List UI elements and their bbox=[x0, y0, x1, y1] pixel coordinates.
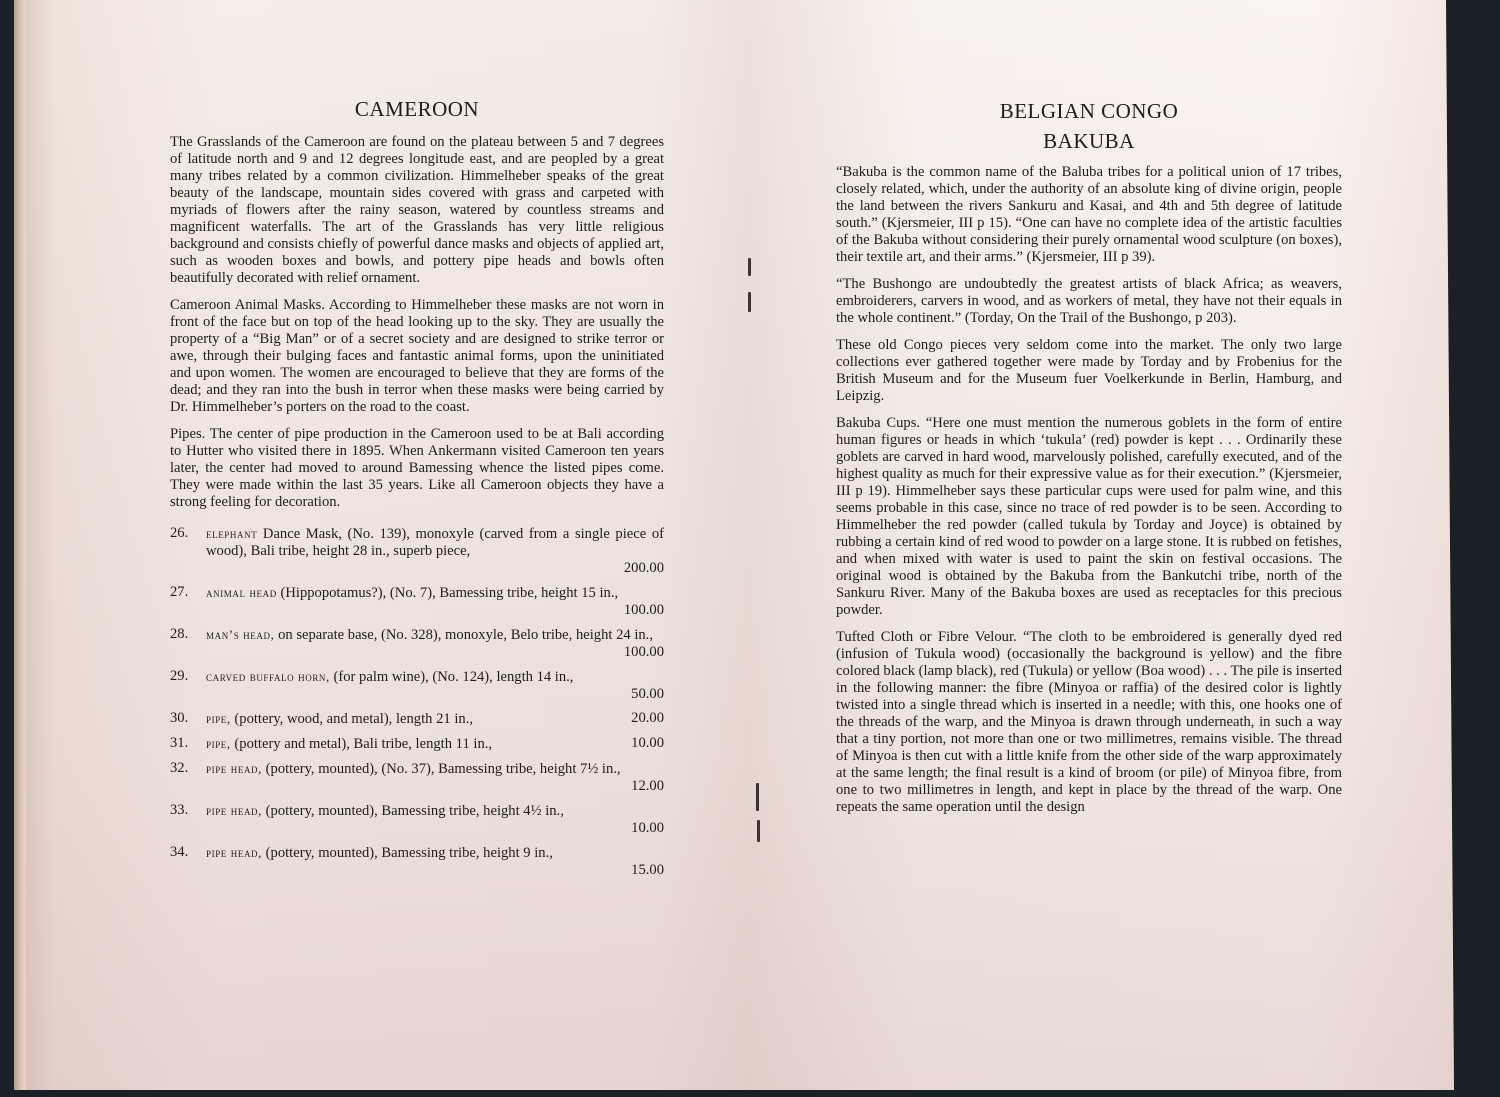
catalog-item-31: 31. PIPE, (pottery and metal), Bali trib… bbox=[170, 735, 664, 753]
item-price: 10.00 bbox=[631, 735, 664, 753]
item-number: 33. bbox=[170, 802, 206, 837]
item-name: PIPE HEAD, bbox=[206, 761, 262, 776]
item-number: 29. bbox=[170, 668, 206, 703]
item-description: (pottery, mounted), (No. 37), Bamessing … bbox=[262, 761, 621, 777]
catalog-item-26: 26. ELEPHANT Dance Mask, (No. 139), mono… bbox=[170, 525, 664, 577]
item-number: 34. bbox=[170, 844, 206, 879]
item-name: CARVED BUFFALO HORN, bbox=[206, 669, 330, 684]
catalog-item-28: 28. MAN’S HEAD, on separate base, (No. 3… bbox=[170, 626, 664, 661]
item-name: MAN’S HEAD, bbox=[206, 627, 274, 642]
item-description: (pottery, mounted), Bamessing tribe, hei… bbox=[262, 845, 553, 861]
section-title-bakuba: BAKUBA bbox=[836, 128, 1342, 154]
catalog-list: 26. ELEPHANT Dance Mask, (No. 139), mono… bbox=[170, 525, 664, 879]
paragraph-pipes: Pipes. The center of pipe production in … bbox=[170, 426, 664, 511]
catalog-item-30: 30. PIPE, (pottery, wood, and metal), le… bbox=[170, 710, 664, 728]
item-description: (pottery, mounted), Bamessing tribe, hei… bbox=[262, 803, 564, 819]
paragraph-animal-masks: Cameroon Animal Masks. According to Himm… bbox=[170, 297, 664, 416]
item-description: Dance Mask, (No. 139), monoxyle (carved … bbox=[206, 526, 664, 559]
left-page: CAMEROON The Grasslands of the Cameroon … bbox=[170, 96, 664, 886]
item-price: 10.00 bbox=[206, 820, 664, 837]
item-name: PIPE, bbox=[206, 711, 231, 726]
item-price: 200.00 bbox=[206, 560, 664, 577]
staple-top-lower bbox=[748, 292, 751, 312]
right-page: BELGIAN CONGO BAKUBA “Bakuba is the comm… bbox=[836, 98, 1342, 826]
page-title-cameroon: CAMEROON bbox=[170, 96, 664, 122]
paragraph-bakuba-intro: “Bakuba is the common name of the Baluba… bbox=[836, 164, 1342, 266]
page-edges bbox=[14, 0, 26, 1090]
item-description: (Hippopotamus?), (No. 7), Bamessing trib… bbox=[277, 585, 618, 601]
item-name: PIPE HEAD, bbox=[206, 803, 262, 818]
catalog-item-27: 27. ANIMAL HEAD (Hippopotamus?), (No. 7)… bbox=[170, 584, 664, 619]
item-description: (for palm wine), (No. 124), length 14 in… bbox=[330, 669, 574, 685]
item-price: 100.00 bbox=[206, 602, 664, 619]
catalog-item-29: 29. CARVED BUFFALO HORN, (for palm wine)… bbox=[170, 668, 664, 703]
item-number: 26. bbox=[170, 525, 206, 577]
item-number: 27. bbox=[170, 584, 206, 619]
staple-top bbox=[748, 258, 751, 276]
staple-bottom-lower bbox=[757, 820, 760, 842]
item-description: (pottery and metal), Bali tribe, length … bbox=[231, 736, 492, 752]
item-price: 12.00 bbox=[206, 778, 664, 795]
item-name: PIPE HEAD, bbox=[206, 845, 262, 860]
catalog-item-32: 32. PIPE HEAD, (pottery, mounted), (No. … bbox=[170, 760, 664, 795]
item-name: PIPE, bbox=[206, 736, 231, 751]
paragraph-congo-pieces: These old Congo pieces very seldom come … bbox=[836, 337, 1342, 405]
page-title-belgian-congo: BELGIAN CONGO bbox=[836, 98, 1342, 124]
item-price: 50.00 bbox=[206, 686, 664, 703]
paragraph-grasslands: The Grasslands of the Cameroon are found… bbox=[170, 134, 664, 287]
paragraph-bushongo: “The Bushongo are undoubtedly the greate… bbox=[836, 276, 1342, 327]
staple-bottom bbox=[756, 783, 759, 811]
item-name: ANIMAL HEAD bbox=[206, 585, 277, 600]
paragraph-tufted-cloth: Tufted Cloth or Fibre Velour. “The cloth… bbox=[836, 629, 1342, 816]
catalog-item-34: 34. PIPE HEAD, (pottery, mounted), Bames… bbox=[170, 844, 664, 879]
item-number: 31. bbox=[170, 735, 206, 753]
item-price: 15.00 bbox=[206, 862, 664, 879]
item-price: 20.00 bbox=[631, 710, 664, 728]
item-name: ELEPHANT bbox=[206, 526, 257, 541]
catalog-item-33: 33. PIPE HEAD, (pottery, mounted), Bames… bbox=[170, 802, 664, 837]
item-description: on separate base, (No. 328), monoxyle, B… bbox=[274, 627, 653, 643]
item-price: 100.00 bbox=[206, 644, 664, 661]
item-number: 28. bbox=[170, 626, 206, 661]
item-number: 32. bbox=[170, 760, 206, 795]
item-description: (pottery, wood, and metal), length 21 in… bbox=[231, 711, 473, 727]
item-number: 30. bbox=[170, 710, 206, 728]
paragraph-bakuba-cups: Bakuba Cups. “Here one must mention the … bbox=[836, 415, 1342, 619]
